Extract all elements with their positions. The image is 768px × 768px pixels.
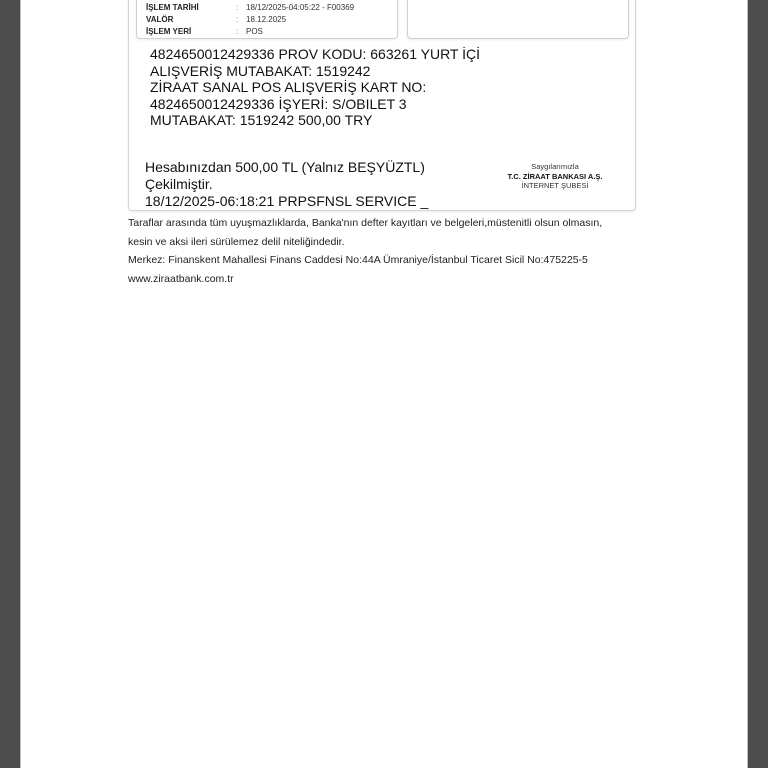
summary-line: 18/12/2025-06:18:21 PRPSFNSL SERVICE _ — [145, 193, 475, 210]
info-row-transaction-place: İŞLEM YERİ:POS — [146, 26, 263, 38]
info-separator: : — [236, 2, 246, 14]
footer-line: kesin ve aksi ileri sürülemez delil nite… — [128, 233, 648, 252]
info-separator: : — [236, 26, 246, 38]
info-label: İŞLEM TARİHİ — [146, 2, 236, 14]
info-value: 18/12/2025-04:05:22 - F00369 — [246, 3, 354, 12]
bank-signature: Saygılarımızla T.C. ZİRAAT BANKASI A.Ş. … — [487, 162, 623, 191]
description-line: 4824650012429336 PROV KODU: 663261 YURT … — [150, 46, 510, 63]
description-line: ALIŞVERİŞ MUTABAKAT: 1519242 — [150, 63, 510, 80]
withdrawal-summary: Hesabınızdan 500,00 TL (Yalnız BEŞYÜZTL)… — [145, 159, 475, 210]
transaction-description: 4824650012429336 PROV KODU: 663261 YURT … — [150, 46, 510, 129]
description-line: MUTABAKAT: 1519242 500,00 TRY — [150, 112, 510, 129]
info-row-value-date: VALÖR:18.12.2025 — [146, 14, 286, 26]
info-separator: : — [236, 14, 246, 26]
transaction-info-box: İŞLEM TARİHİ:18/12/2025-04:05:22 - F0036… — [136, 0, 398, 39]
footer-address: Merkez: Finanskent Mahallesi Finans Cadd… — [128, 251, 648, 270]
info-label: İŞLEM YERİ — [146, 26, 236, 38]
receipt-card: İŞLEM TARİHİ:18/12/2025-04:05:22 - F0036… — [128, 0, 636, 211]
info-value: 18.12.2025 — [246, 15, 286, 24]
summary-line: Hesabınızdan 500,00 TL (Yalnız BEŞYÜZTL) — [145, 159, 475, 176]
info-label: VALÖR — [146, 14, 236, 26]
signature-branch: İNTERNET ŞUBESİ — [487, 181, 623, 191]
footer-website-link[interactable]: www.ziraatbank.com.tr — [128, 270, 648, 289]
description-line: ZİRAAT SANAL POS ALIŞVERİŞ KART NO: — [150, 79, 510, 96]
legal-footer: Taraflar arasında tüm uyuşmazlıklarda, B… — [128, 214, 648, 288]
footer-line: Taraflar arasında tüm uyuşmazlıklarda, B… — [128, 214, 648, 233]
info-row-transaction-date: İŞLEM TARİHİ:18/12/2025-04:05:22 - F0036… — [146, 2, 354, 14]
signature-greeting: Saygılarımızla — [487, 162, 623, 172]
empty-info-box — [407, 0, 629, 39]
summary-line: Çekilmiştir. — [145, 176, 475, 193]
description-line: 4824650012429336 İŞYERİ: S/OBILET 3 — [150, 96, 510, 113]
info-value: POS — [246, 27, 263, 36]
document-page: İŞLEM TARİHİ:18/12/2025-04:05:22 - F0036… — [20, 0, 748, 768]
signature-bank-name: T.C. ZİRAAT BANKASI A.Ş. — [487, 172, 623, 182]
